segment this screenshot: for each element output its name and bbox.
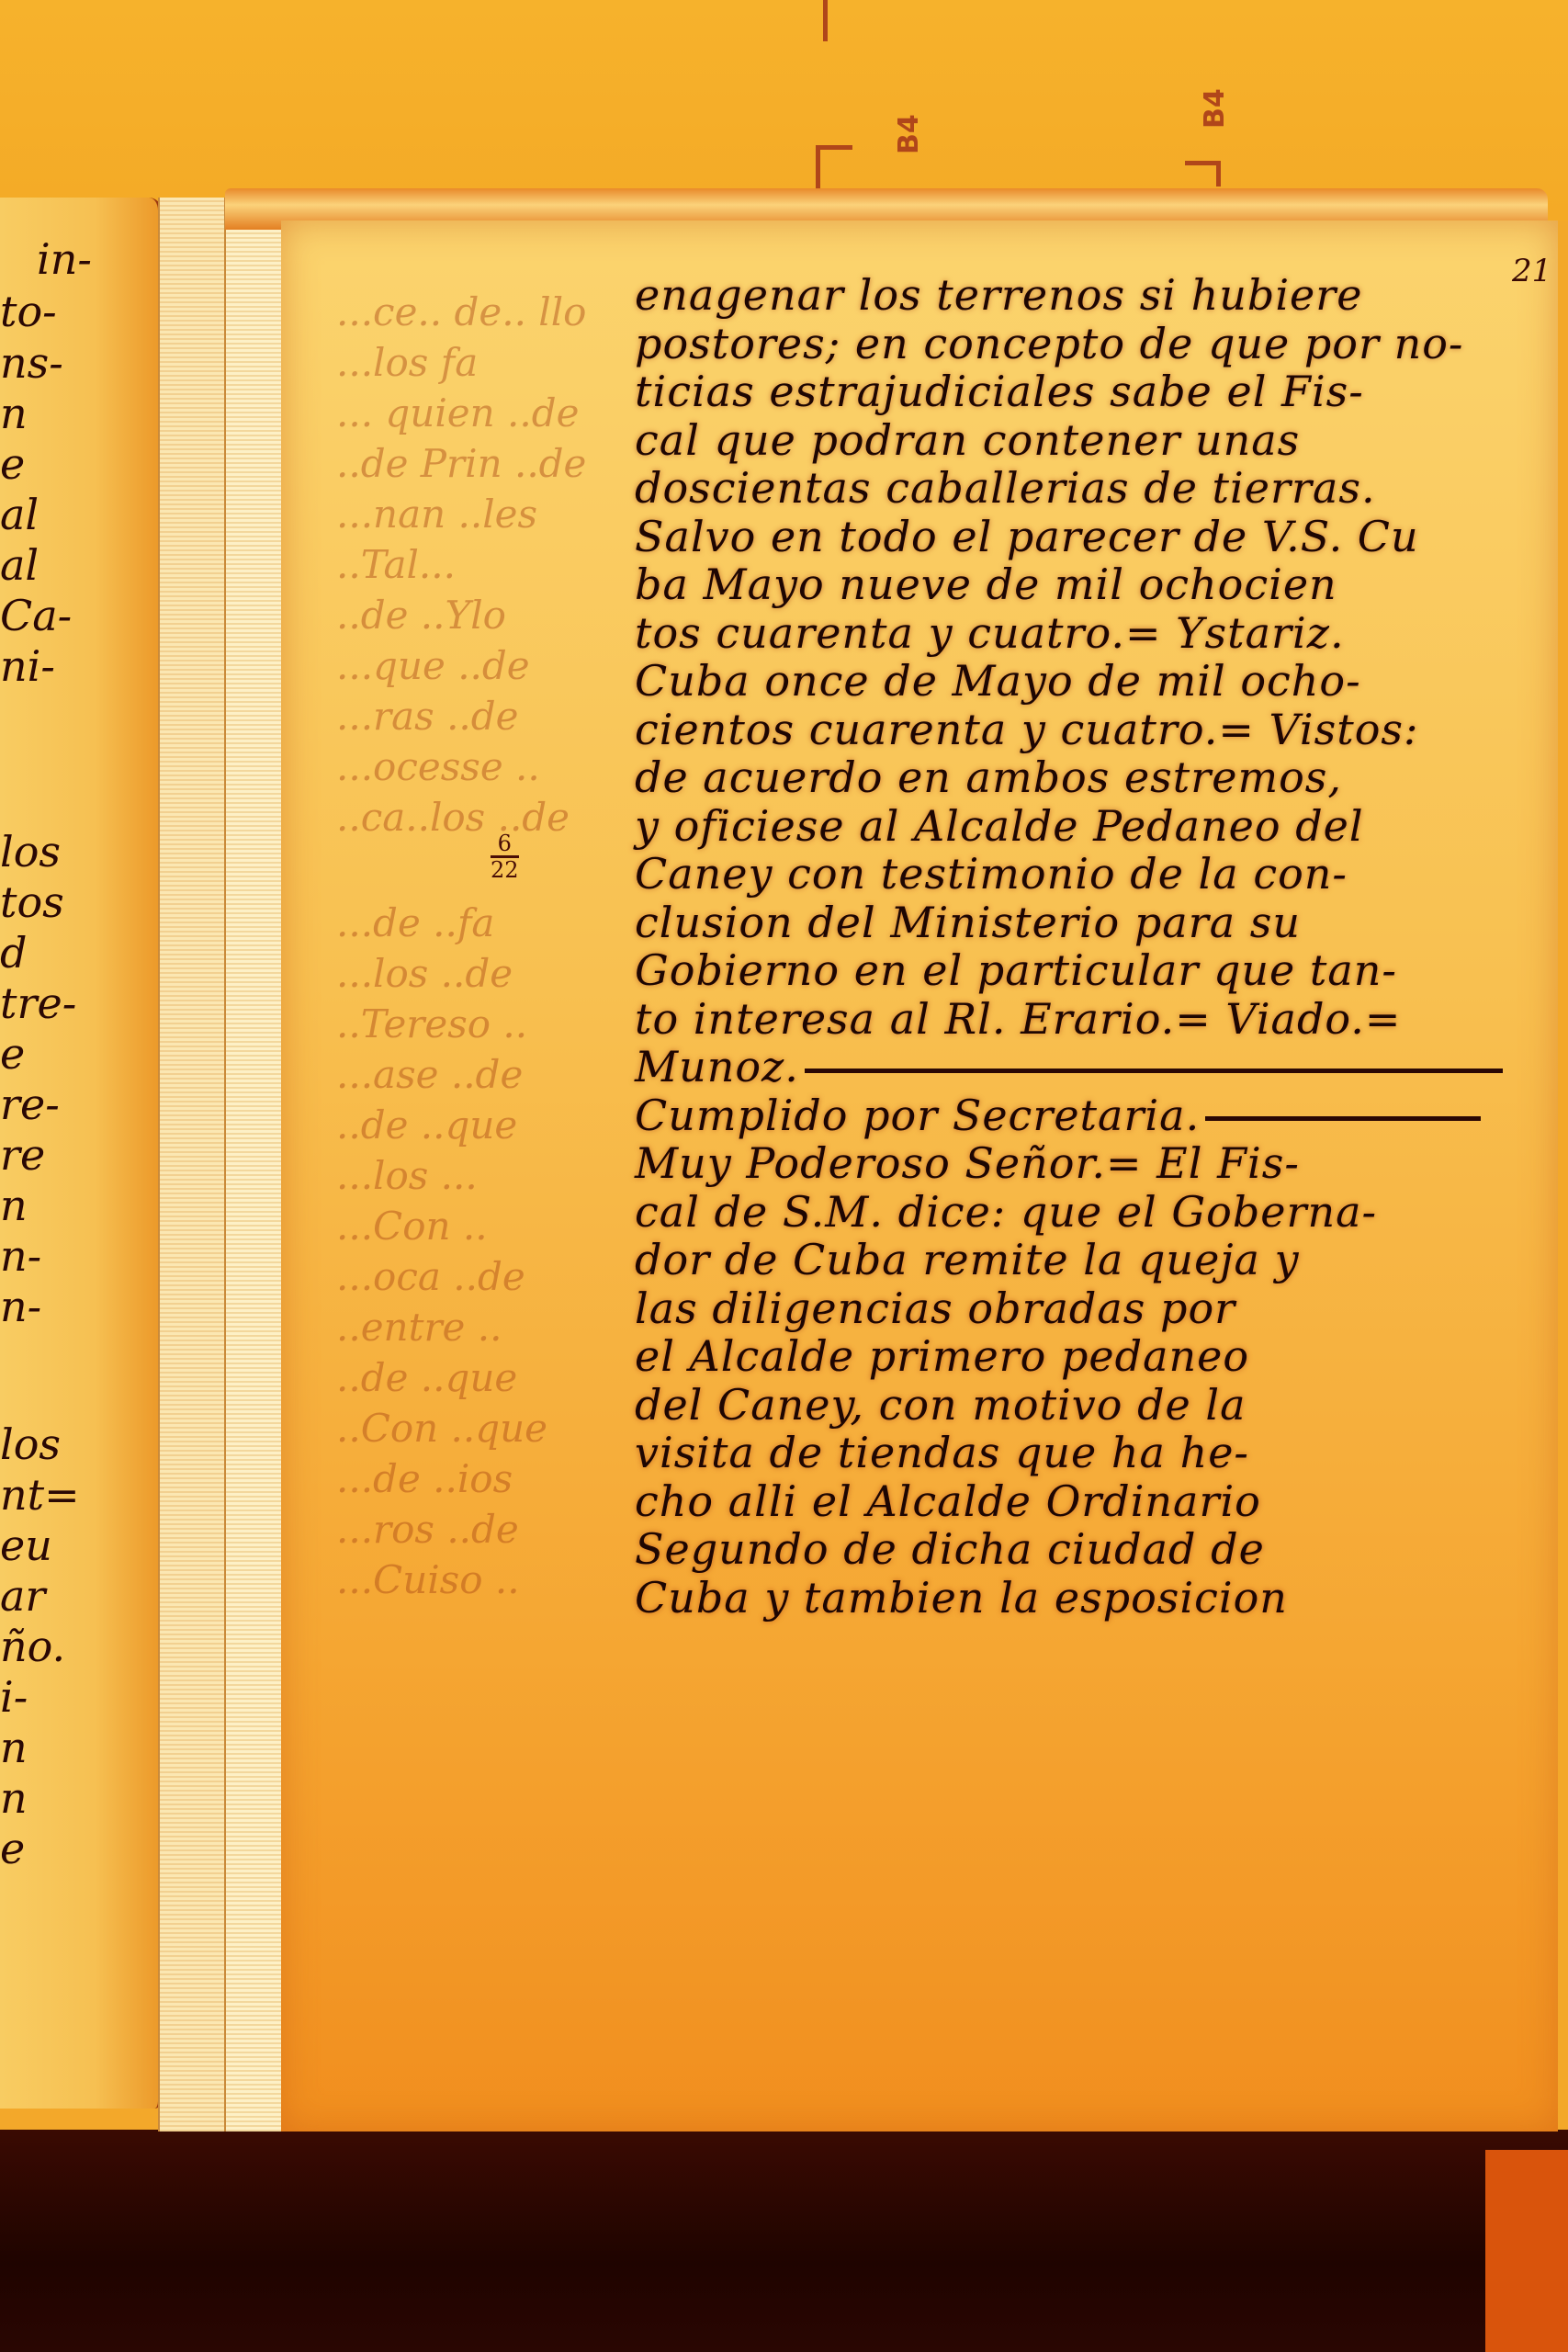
bleed-through-line: ..Con ..que	[336, 1406, 639, 1451]
left-frag: nt=	[0, 1470, 80, 1520]
bleed-through-line: ...los ...	[336, 1153, 639, 1198]
left-frag: tre-	[0, 978, 76, 1028]
bleed-through-line: ...ras ..de	[336, 694, 639, 739]
signature-line: Munoz.	[635, 1043, 1553, 1091]
text-line: cho alli el Alcalde Ordinario	[635, 1477, 1553, 1526]
bleed-through-line: ..de ..que	[336, 1355, 639, 1400]
text-line: Segundo de dicha ciudad de	[635, 1525, 1553, 1574]
bleed-through-line: ..Tereso ..	[336, 1001, 639, 1046]
bleed-through-line: ..de ..que	[336, 1102, 639, 1148]
left-frag: n	[0, 1723, 28, 1772]
left-frag: to-	[0, 287, 57, 336]
left-frag: e	[0, 1029, 25, 1079]
bleed-through-line: ..ca..los ..de	[336, 795, 639, 840]
bleed-through-line: ...ocesse ..	[336, 744, 639, 789]
left-frag: eu	[0, 1521, 52, 1570]
signature-munoz: Munoz.	[635, 1042, 799, 1091]
text-line: clusion del Ministerio para su	[635, 899, 1553, 947]
manuscript-text-block: enagenar los terrenos si hubiere postore…	[635, 271, 1553, 1622]
bleed-through-line: ..de Prin ..de	[336, 441, 639, 486]
left-frag: ns-	[0, 338, 63, 388]
text-line: del Caney, con motivo de la	[635, 1381, 1553, 1430]
background-surface	[0, 0, 1568, 220]
bleed-through-line: ..de ..Ylo	[336, 593, 639, 638]
bleed-through-line: ...oca ..de	[336, 1254, 639, 1299]
text-line: cal de S.M. dice: que el Goberna-	[635, 1188, 1553, 1237]
cumplido-text: Cumplido por Secretaria.	[635, 1091, 1200, 1140]
bleed-through-line: ..entre ..	[336, 1305, 639, 1350]
binding-spine-cloth	[158, 198, 226, 2131]
main-manuscript-page: 21 6 22 ...ce.. de.. llo ...los fa ... q…	[281, 220, 1558, 2131]
crop-mark-left-bracket-h	[816, 145, 852, 150]
left-frag: d	[0, 928, 27, 978]
left-frag: e	[0, 1824, 25, 1873]
left-frag: re-	[0, 1080, 60, 1129]
crop-mark-label-right: B4	[1199, 88, 1231, 129]
bleed-through-line: ...de ..fa	[336, 900, 639, 945]
left-frag: ni-	[0, 641, 55, 691]
text-line: Caney con testimonio de la con-	[635, 850, 1553, 899]
floor-right-patch	[1485, 2150, 1568, 2352]
left-frag: re	[0, 1130, 45, 1180]
text-line: las diligencias obradas por	[635, 1284, 1553, 1333]
binding-spine-guard	[224, 198, 285, 2131]
text-line: cientos cuarenta y cuatro.= Vistos:	[635, 706, 1553, 754]
text-line: de acuerdo en ambos estremos,	[635, 753, 1553, 802]
left-frag: los	[0, 827, 61, 876]
bleed-through-line: ...ce.. de.. llo	[336, 289, 639, 334]
signature-rule	[805, 1069, 1503, 1073]
bleed-through-line: ...que ..de	[336, 643, 639, 688]
left-frag: i-	[0, 1672, 28, 1722]
bleed-through-line: ...ros ..de	[336, 1507, 639, 1552]
left-frag: e	[0, 439, 25, 489]
text-line: to interesa al Rl. Erario.= Viado.=	[635, 995, 1553, 1044]
crop-line-left-vertical	[823, 0, 828, 41]
bleed-through-line: ...ase ..de	[336, 1052, 639, 1097]
text-line: Muy Poderoso Señor.= El Fis-	[635, 1139, 1553, 1188]
left-frag: al	[0, 490, 39, 539]
text-line: Salvo en todo el parecer de V.S. Cu	[635, 513, 1553, 561]
left-page-fragment: in- to- ns- n e al al Ca- ni- los tos d …	[0, 198, 162, 2109]
crop-mark-left-bracket-v	[816, 145, 820, 189]
left-frag: ño.	[0, 1622, 65, 1671]
left-frag: in-	[37, 234, 92, 284]
section-rule	[1205, 1116, 1481, 1121]
text-line: Gobierno en el particular que tan-	[635, 946, 1553, 995]
left-frag: tos	[0, 877, 64, 927]
bleed-through-line: ...nan ..les	[336, 492, 639, 537]
marginal-denominator: 22	[491, 857, 519, 883]
left-frag: al	[0, 540, 39, 590]
text-line: ba Mayo nueve de mil ochocien	[635, 560, 1553, 609]
crop-mark-label-left: B4	[893, 114, 925, 154]
bleed-through-line: ... quien ..de	[336, 390, 639, 435]
text-line: enagenar los terrenos si hubiere	[635, 271, 1553, 320]
left-frag: n-	[0, 1231, 41, 1281]
text-line: tos cuarenta y cuatro.= Ystariz.	[635, 609, 1553, 658]
section-line: Cumplido por Secretaria.	[635, 1091, 1553, 1140]
left-frag: ar	[0, 1571, 45, 1621]
bleed-through-line: ...Cuiso ..	[336, 1557, 639, 1602]
text-line: Cuba once de Mayo de mil ocho-	[635, 657, 1553, 706]
left-frag: n	[0, 1181, 28, 1230]
left-frag: n-	[0, 1282, 41, 1331]
bleed-through-line: ...los ..de	[336, 951, 639, 996]
bleed-through-line: ..Tal...	[336, 542, 639, 587]
bleed-through-line: ...los fa	[336, 340, 639, 385]
left-frag: los	[0, 1419, 61, 1469]
left-frag: n	[0, 1773, 28, 1823]
dark-floor	[0, 2130, 1568, 2352]
bleed-through-line: ...Con ..	[336, 1204, 639, 1249]
crop-mark-right-bracket-h	[1185, 161, 1220, 165]
text-line: visita de tiendas que ha he-	[635, 1429, 1553, 1477]
text-line: dor de Cuba remite la queja y	[635, 1236, 1553, 1284]
text-line: doscientas caballerias de tierras.	[635, 464, 1553, 513]
text-line: el Alcalde primero pedaneo	[635, 1332, 1553, 1381]
text-line: postores; en concepto de que por no-	[635, 320, 1553, 368]
left-frag: n	[0, 389, 28, 438]
text-line: Cuba y tambien la esposicion	[635, 1574, 1553, 1623]
text-line: ticias estrajudiciales sabe el Fis-	[635, 367, 1553, 416]
text-line: cal que podran contener unas	[635, 416, 1553, 465]
left-frag: Ca-	[0, 591, 72, 640]
text-line: y oficiese al Alcalde Pedaneo del	[635, 802, 1553, 851]
bleed-through-line: ...de ..ios	[336, 1456, 639, 1501]
